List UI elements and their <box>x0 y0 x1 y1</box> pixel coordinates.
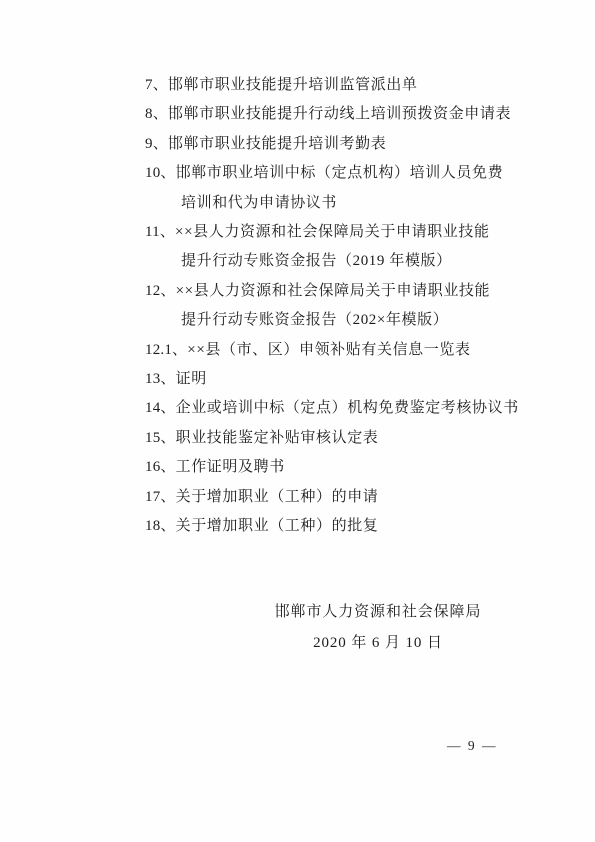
item-text: 邯郸市职业培训中标（定点机构）培训人员免费 <box>176 165 504 181</box>
list-item: 15、职业技能鉴定补贴审核认定表 <box>145 424 535 453</box>
signature-org: 邯郸市人力资源和社会保障局 <box>161 597 595 628</box>
list-item: 12.1、××县（市、区）申领补贴有关信息一览表 <box>145 336 535 365</box>
item-text: 证明 <box>176 371 207 387</box>
item-number: 13、 <box>145 371 176 387</box>
item-text: 邯郸市职业技能提升行动线上培训预拨资金申请表 <box>168 106 511 122</box>
list-item: 17、关于增加职业（工种）的申请 <box>145 483 535 512</box>
signature-block: 邯郸市人力资源和社会保障局 2020 年 6 月 10 日 <box>161 597 595 658</box>
signature-date: 2020 年 6 月 10 日 <box>161 628 595 659</box>
item-text-continuation: 培训和代为申请协议书 <box>145 189 535 218</box>
item-number: 11、 <box>145 224 175 240</box>
item-number: 14、 <box>145 400 176 416</box>
item-text: 邯郸市职业技能提升培训监管派出单 <box>168 77 418 93</box>
item-text: 邯郸市职业技能提升培训考勤表 <box>168 136 386 152</box>
item-number: 10、 <box>145 165 176 181</box>
item-number: 12.1、 <box>145 342 187 358</box>
item-number: 15、 <box>145 430 176 446</box>
list-item: 14、企业或培训中标（定点）机构免费鉴定考核协议书 <box>145 394 535 423</box>
item-number: 8、 <box>145 106 168 122</box>
item-text: 关于增加职业（工种）的申请 <box>176 489 379 505</box>
item-number: 7、 <box>145 77 168 93</box>
item-text: 职业技能鉴定补贴审核认定表 <box>176 430 379 446</box>
list-item: 12、××县人力资源和社会保障局关于申请职业技能 提升行动专账资金报告（202×… <box>145 277 535 336</box>
item-number: 9、 <box>145 136 168 152</box>
page-number: — 9 — <box>447 738 498 754</box>
item-number: 17、 <box>145 489 176 505</box>
list-item: 9、邯郸市职业技能提升培训考勤表 <box>145 130 535 159</box>
list-item: 7、邯郸市职业技能提升培训监管派出单 <box>145 71 535 100</box>
document-page: 7、邯郸市职业技能提升培训监管派出单 8、邯郸市职业技能提升行动线上培训预拨资金… <box>0 0 595 842</box>
list-item: 16、工作证明及聘书 <box>145 453 535 482</box>
list-item: 8、邯郸市职业技能提升行动线上培训预拨资金申请表 <box>145 100 535 129</box>
list-item: 13、证明 <box>145 365 535 394</box>
item-number: 12、 <box>145 283 176 299</box>
list-item: 11、××县人力资源和社会保障局关于申请职业技能 提升行动专账资金报告（2019… <box>145 218 535 277</box>
item-text: ××县人力资源和社会保障局关于申请职业技能 <box>175 224 490 240</box>
item-text: 关于增加职业（工种）的批复 <box>176 518 379 534</box>
item-number: 18、 <box>145 518 176 534</box>
appendix-list: 7、邯郸市职业技能提升培训监管派出单 8、邯郸市职业技能提升行动线上培训预拨资金… <box>145 71 535 542</box>
item-text: 工作证明及聘书 <box>176 459 285 475</box>
item-text: 企业或培训中标（定点）机构免费鉴定考核协议书 <box>176 400 519 416</box>
list-item: 10、邯郸市职业培训中标（定点机构）培训人员免费 培训和代为申请协议书 <box>145 159 535 218</box>
item-text-continuation: 提升行动专账资金报告（202×年模版） <box>145 306 535 335</box>
item-text: ××县（市、区）申领补贴有关信息一览表 <box>187 342 470 358</box>
item-text: ××县人力资源和社会保障局关于申请职业技能 <box>176 283 491 299</box>
item-number: 16、 <box>145 459 176 475</box>
item-text-continuation: 提升行动专账资金报告（2019 年模版） <box>145 247 535 276</box>
list-item: 18、关于增加职业（工种）的批复 <box>145 512 535 541</box>
